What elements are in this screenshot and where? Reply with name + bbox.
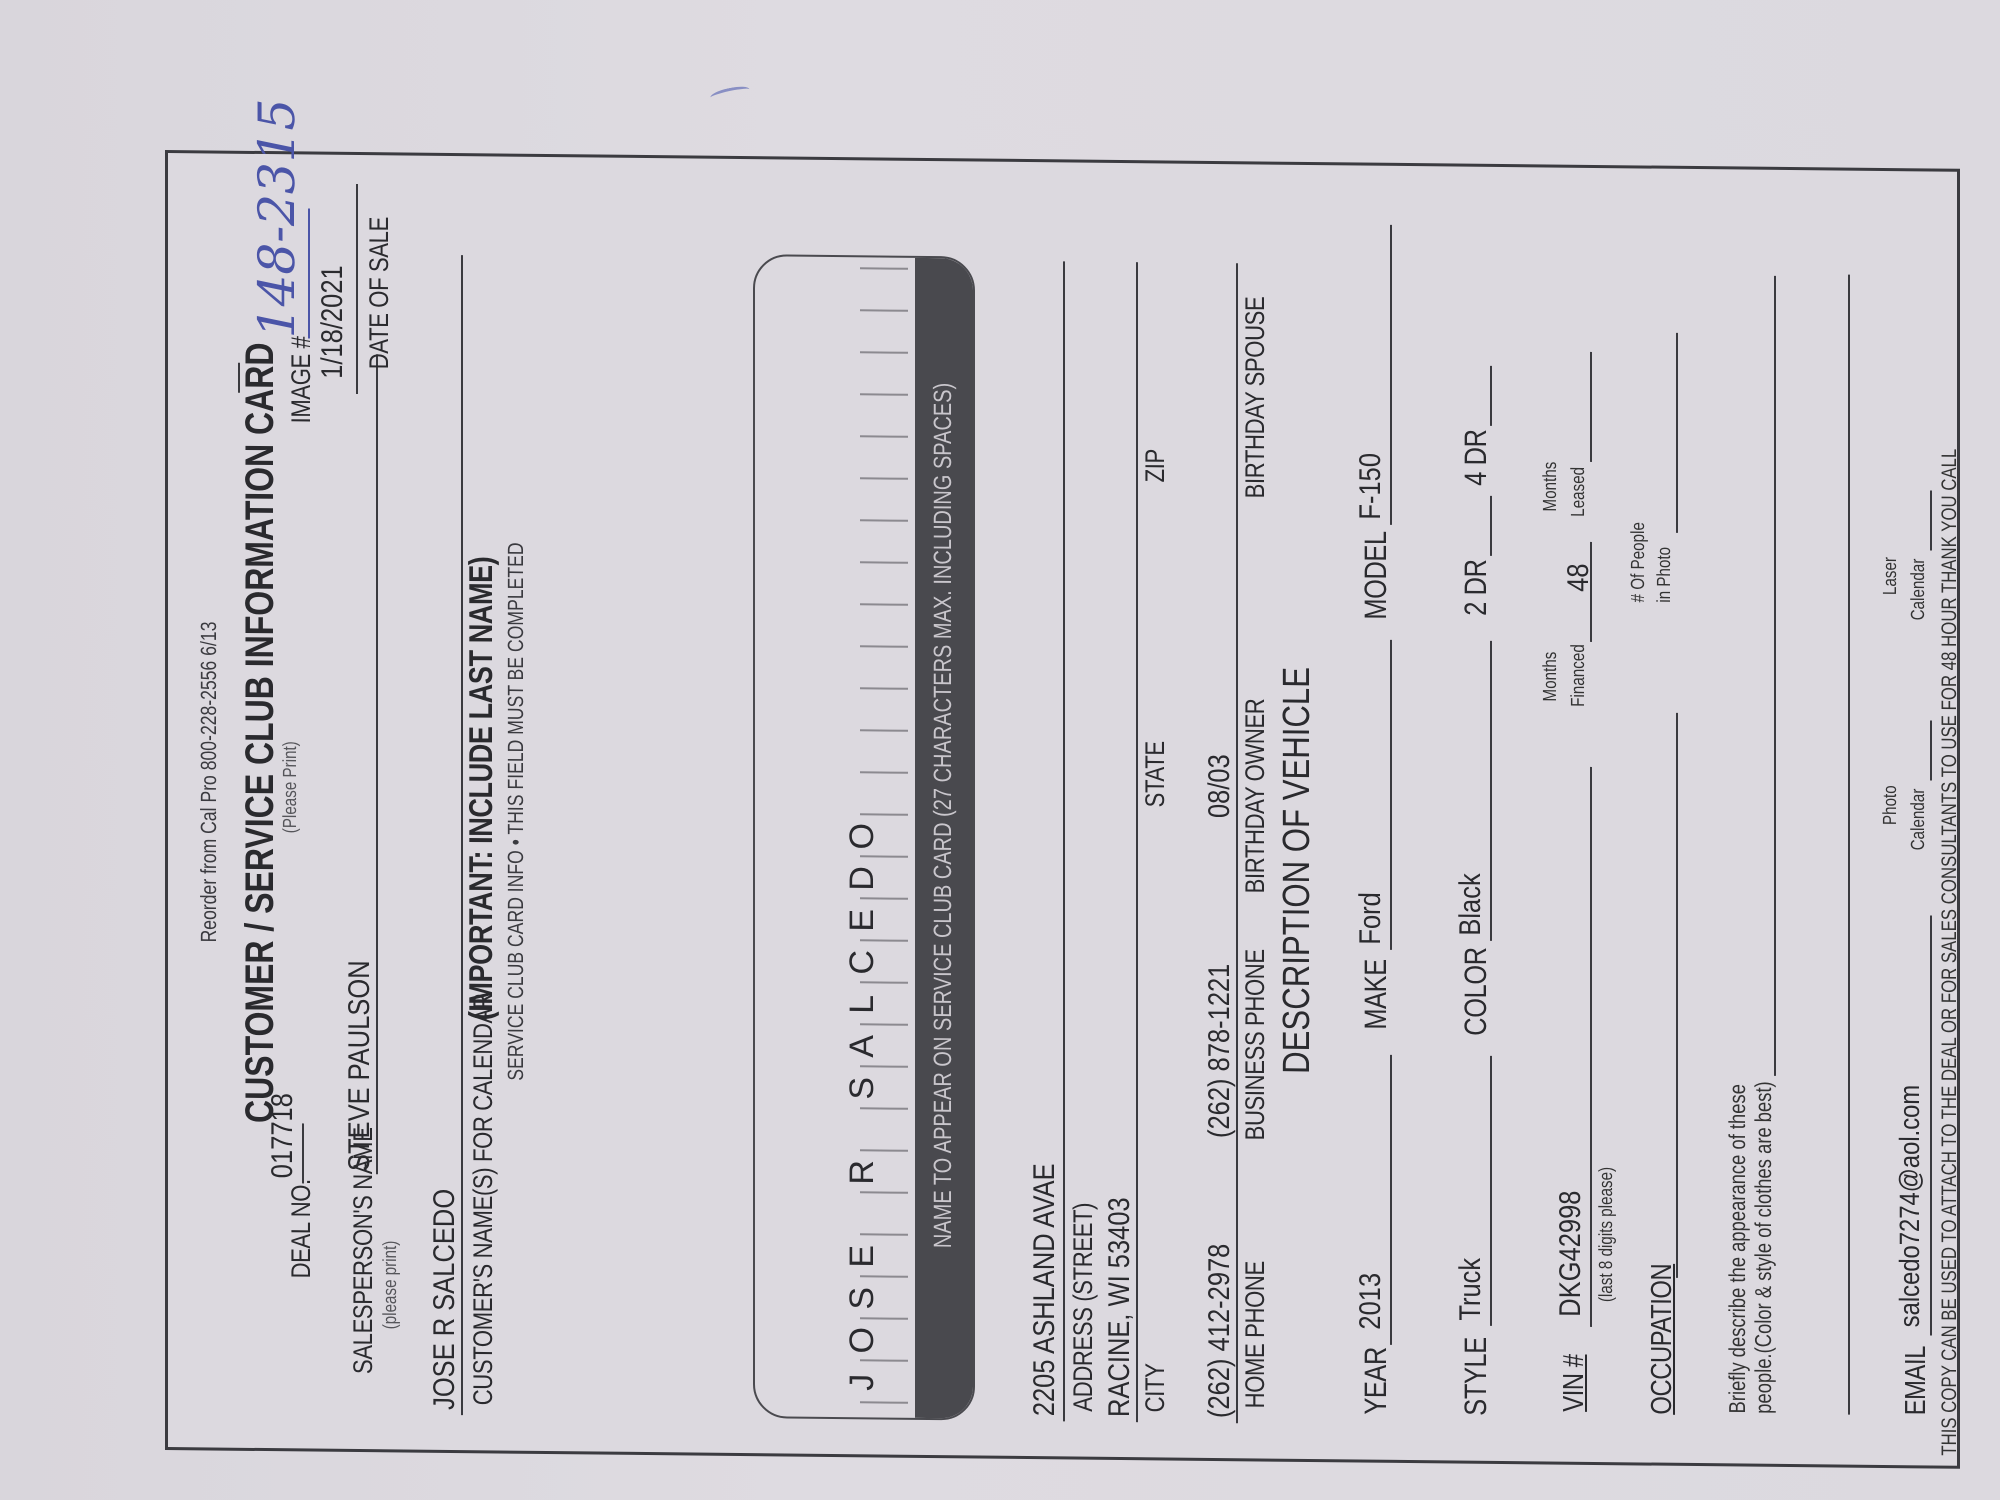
two-door-label: 2 DR bbox=[1458, 559, 1494, 616]
laser-calendar-label-1: Laser bbox=[1880, 557, 1902, 595]
vin-label: VIN # bbox=[1558, 1354, 1591, 1412]
city-value[interactable]: RACINE, WI 53403 bbox=[1103, 1197, 1137, 1417]
pen-mark bbox=[709, 84, 750, 103]
character-tick bbox=[860, 1317, 908, 1320]
important-note: (IMPORTANT: INCLUDE LAST NAME) bbox=[462, 556, 500, 1020]
business-phone-value[interactable]: (262) 878-1221 bbox=[1203, 963, 1237, 1138]
vehicle-heading: DESCRIPTION OF VEHICLE bbox=[1276, 667, 1319, 1074]
zip-label: ZIP bbox=[1140, 449, 1171, 483]
character-tick bbox=[860, 1149, 908, 1152]
months-financed-label-1: Months bbox=[1540, 652, 1562, 702]
date-of-sale-label: DATE OF SALE bbox=[364, 217, 395, 369]
character-tick bbox=[860, 939, 908, 942]
character-tick bbox=[860, 477, 908, 480]
style-label: STYLE bbox=[1458, 1337, 1494, 1416]
model-value[interactable]: F-150 bbox=[1354, 453, 1388, 520]
character-tick bbox=[860, 435, 908, 438]
salesperson-sub: (please print) bbox=[380, 1241, 402, 1330]
customer-name-value[interactable]: JOSE R SALCEDO bbox=[428, 1189, 462, 1410]
character-tick bbox=[860, 603, 908, 606]
character-tick bbox=[860, 1191, 908, 1194]
email-label: EMAIL bbox=[1900, 1346, 1933, 1416]
date-of-sale-value[interactable]: 1/18/2021 bbox=[316, 265, 350, 379]
model-label: MODEL bbox=[1358, 531, 1394, 620]
character-tick bbox=[860, 519, 908, 522]
character-tick bbox=[860, 813, 908, 816]
people-in-photo-label-1: # Of People bbox=[1628, 522, 1650, 603]
character-tick bbox=[860, 855, 908, 858]
character-tick bbox=[860, 1401, 908, 1404]
address-label: ADDRESS (STREET) bbox=[1068, 1203, 1099, 1412]
character-tick bbox=[860, 1023, 908, 1026]
character-tick bbox=[860, 897, 908, 900]
address-value[interactable]: 2205 ASHLAND AVAE bbox=[1028, 1163, 1062, 1416]
club-card-band-text: NAME TO APPEAR ON SERVICE CLUB CARD (27 … bbox=[929, 383, 958, 1249]
reorder-text: Reorder from Cal Pro 800-228-2556 6/13 bbox=[196, 621, 222, 942]
make-value[interactable]: Ford bbox=[1354, 892, 1388, 945]
year-value[interactable]: 2013 bbox=[1354, 1273, 1388, 1330]
birthday-owner-label: BIRTHDAY OWNER bbox=[1240, 698, 1271, 893]
color-value[interactable]: Black bbox=[1454, 873, 1488, 936]
city-label: CITY bbox=[1140, 1363, 1171, 1412]
color-label: COLOR bbox=[1458, 947, 1494, 1036]
club-card-name-box[interactable]: JOSE R SALCEDO NAME TO APPEAR ON SERVICE… bbox=[753, 254, 975, 1420]
people-in-photo-label-2: in Photo bbox=[1654, 547, 1676, 603]
character-tick bbox=[860, 645, 908, 648]
character-tick bbox=[860, 351, 908, 354]
months-leased-label-1: Months bbox=[1540, 462, 1562, 512]
laser-calendar-label-2: Calendar bbox=[1908, 559, 1930, 621]
character-tick bbox=[860, 1275, 908, 1278]
character-tick bbox=[860, 1359, 908, 1362]
months-financed-label-2: Financed bbox=[1568, 644, 1590, 707]
months-leased-label-2: Leased bbox=[1568, 467, 1590, 517]
deal-no-value[interactable]: 017718 bbox=[266, 1093, 300, 1178]
character-tick bbox=[860, 771, 908, 774]
make-label: MAKE bbox=[1358, 959, 1394, 1030]
style-value[interactable]: Truck bbox=[1454, 1258, 1488, 1321]
form-title: CUSTOMER / SERVICE CLUB INFORMATION CARD bbox=[238, 342, 283, 1123]
service-club-information-card: Reorder from Cal Pro 800-228-2556 6/13 C… bbox=[165, 150, 1960, 1469]
occupation-label: OCCUPATION bbox=[1646, 1264, 1679, 1415]
vin-value[interactable]: DKG42998 bbox=[1554, 1190, 1588, 1317]
months-leased-value[interactable]: 48 bbox=[1562, 563, 1596, 592]
club-card-band: NAME TO APPEAR ON SERVICE CLUB CARD (27 … bbox=[915, 258, 973, 1419]
four-door-label: 4 DR bbox=[1458, 429, 1494, 486]
vin-sub: (last 8 digits please) bbox=[1596, 1167, 1618, 1302]
salesperson-value[interactable]: STEVE PAULSON bbox=[343, 960, 377, 1171]
customer-name-label: CUSTOMER'S NAME(S) FOR CALENDAR bbox=[468, 993, 499, 1405]
describe-label-1: Briefly describe the appearance of these bbox=[1724, 1084, 1751, 1414]
photo-calendar-label-1: Photo bbox=[1880, 785, 1902, 825]
character-tick bbox=[860, 1107, 908, 1110]
please-print-note: (Please Print) bbox=[280, 741, 302, 833]
birthday-owner-value[interactable]: 08/03 bbox=[1203, 754, 1237, 818]
character-tick bbox=[860, 1065, 908, 1068]
character-tick bbox=[860, 687, 908, 690]
character-tick bbox=[860, 981, 908, 984]
character-tick bbox=[860, 1233, 908, 1236]
business-phone-label: BUSINESS PHONE bbox=[1240, 949, 1271, 1140]
deal-no-label: DEAL NO. bbox=[286, 1179, 317, 1279]
home-phone-label: HOME PHONE bbox=[1240, 1261, 1271, 1409]
footer-note: THIS COPY CAN BE USED TO ATTACH TO THE D… bbox=[1938, 449, 1962, 1456]
home-phone-value[interactable]: (262) 412-2978 bbox=[1203, 1243, 1237, 1418]
year-label: YEAR bbox=[1358, 1347, 1394, 1415]
character-tick bbox=[860, 393, 908, 396]
photo-calendar-label-2: Calendar bbox=[1908, 789, 1930, 851]
character-tick bbox=[860, 561, 908, 564]
birthday-spouse-label: BIRTHDAY SPOUSE bbox=[1240, 296, 1271, 498]
character-tick bbox=[860, 309, 908, 312]
character-tick bbox=[860, 267, 908, 270]
image-no-label: IMAGE # bbox=[286, 336, 317, 423]
state-label: STATE bbox=[1140, 741, 1171, 807]
email-value[interactable]: salcedo7274@aol.com bbox=[1894, 1085, 1926, 1328]
image-no-value[interactable]: 148-2315 bbox=[248, 98, 306, 338]
describe-label-2: people.(Color & style of clothes are bes… bbox=[1750, 1081, 1777, 1414]
character-tick bbox=[860, 729, 908, 732]
club-card-note: SERVICE CLUB CARD INFO • THIS FIELD MUST… bbox=[503, 542, 529, 1080]
